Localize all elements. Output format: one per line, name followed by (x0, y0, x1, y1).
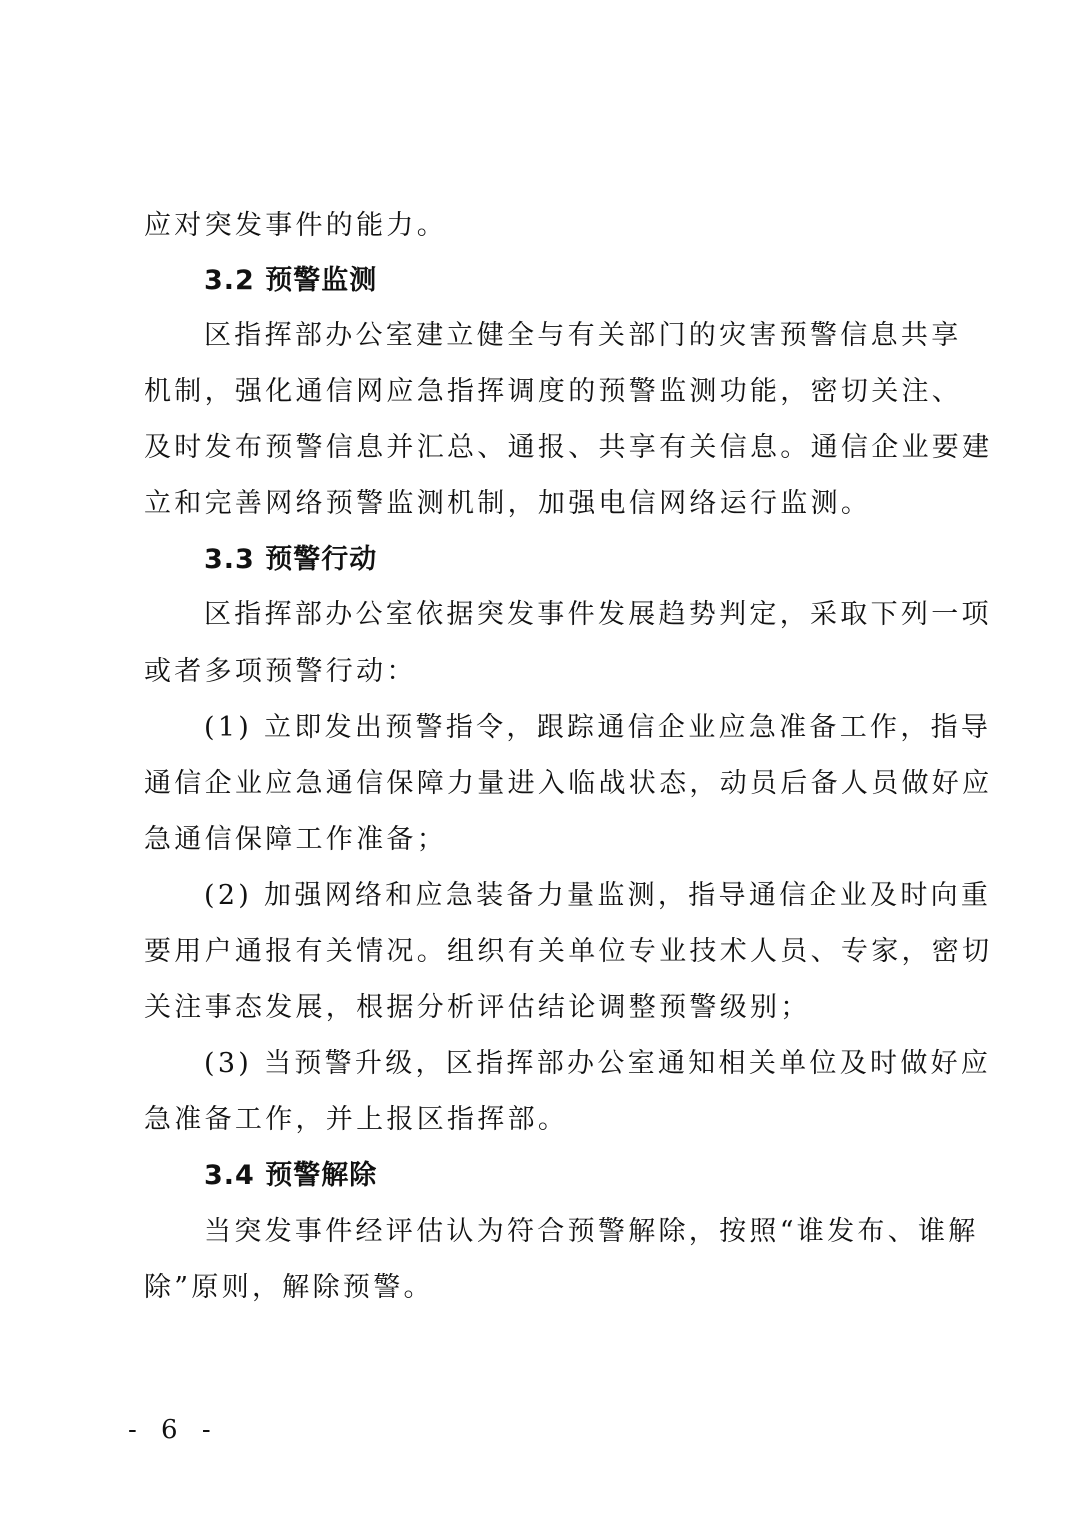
paragraph-line: 通信企业应急通信保障力量进入临战状态，动员后备人员做好应 (144, 769, 944, 799)
document-page: 应对突发事件的能力。 3.2 预警监测 区指挥部办公室建立健全与有关部门的灾害预… (0, 0, 1074, 1520)
section-heading-3-3: 3.3 预警行动 (204, 545, 377, 575)
paragraph-line: 或者多项预警行动： (144, 657, 944, 687)
list-item-2: (2) 加强网络和应急装备力量监测，指导通信企业及时向重 (204, 881, 944, 911)
section-heading-3-4: 3.4 预警解除 (204, 1161, 377, 1191)
paragraph-line: 当突发事件经评估认为符合预警解除，按照“谁发布、谁解 (204, 1217, 944, 1247)
paragraph-line: 机制，强化通信网应急指挥调度的预警监测功能，密切关注、 (144, 377, 944, 407)
paragraph-line: 急准备工作，并上报区指挥部。 (144, 1105, 944, 1135)
paragraph-line: 及时发布预警信息并汇总、通报、共享有关信息。通信企业要建 (144, 433, 944, 463)
page-number: - 6 - (128, 1415, 219, 1445)
paragraph-line: 区指挥部办公室建立健全与有关部门的灾害预警信息共享 (204, 321, 944, 351)
section-heading-3-2: 3.2 预警监测 (204, 266, 377, 296)
paragraph-line: 关注事态发展，根据分析评估结论调整预警级别； (144, 993, 944, 1023)
paragraph-line: 区指挥部办公室依据突发事件发展趋势判定，采取下列一项 (204, 600, 944, 630)
paragraph-line: 立和完善网络预警监测机制，加强电信网络运行监测。 (144, 489, 944, 519)
paragraph-line: 急通信保障工作准备； (144, 825, 944, 855)
list-item-3: (3) 当预警升级，区指挥部办公室通知相关单位及时做好应 (204, 1049, 944, 1079)
paragraph-line: 除”原则，解除预警。 (144, 1273, 944, 1303)
paragraph-line: 要用户通报有关情况。组织有关单位专业技术人员、专家，密切 (144, 937, 944, 967)
list-item-1: (1) 立即发出预警指令，跟踪通信企业应急准备工作，指导 (204, 713, 944, 743)
paragraph-continuation: 应对突发事件的能力。 (144, 211, 944, 241)
